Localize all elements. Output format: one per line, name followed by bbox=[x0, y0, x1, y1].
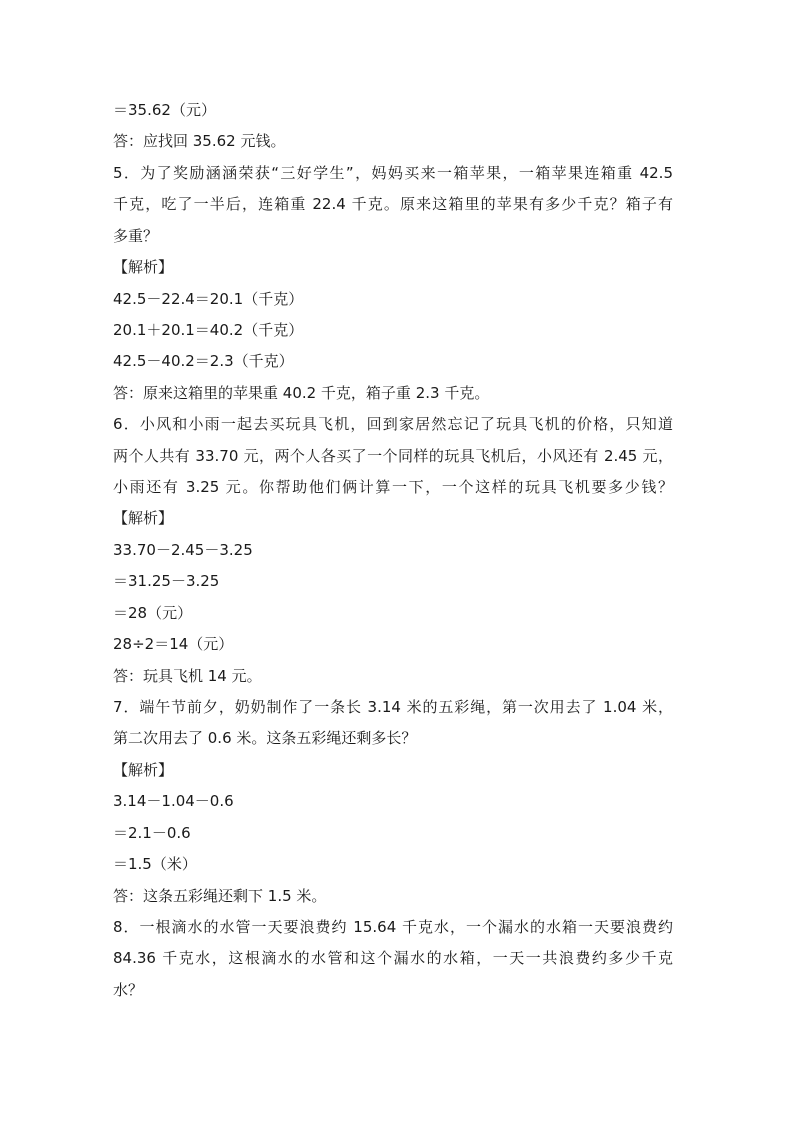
text-line: 6．小风和小雨一起去买玩具飞机，回到家居然忘记了玩具飞机的价格，只知道 bbox=[113, 409, 673, 440]
text-line: 28÷2＝14（元） bbox=[113, 629, 673, 660]
text-line: 84.36 千克水，这根滴水的水管和这个漏水的水箱，一天一共浪费约多少千克 bbox=[113, 943, 673, 974]
document-body: ＝35.62（元）答：应找回 35.62 元钱。5．为了奖励涵涵荣获“三好学生”… bbox=[113, 95, 673, 1006]
text-line: 答：玩具飞机 14 元。 bbox=[113, 661, 673, 692]
text-line: 42.5－22.4＝20.1（千克） bbox=[113, 284, 673, 315]
text-line: 3.14－1.04－0.6 bbox=[113, 786, 673, 817]
text-line: ＝28（元） bbox=[113, 598, 673, 629]
text-line: 小雨还有 3.25 元。你帮助他们俩计算一下，一个这样的玩具飞机要多少钱？ bbox=[113, 472, 673, 503]
text-line: 两个人共有 33.70 元，两个人各买了一个同样的玩具飞机后，小风还有 2.45… bbox=[113, 441, 673, 472]
text-line: 【解析】 bbox=[113, 755, 673, 786]
text-line: 8．一根滴水的水管一天要浪费约 15.64 千克水，一个漏水的水箱一天要浪费约 bbox=[113, 912, 673, 943]
text-line: 【解析】 bbox=[113, 503, 673, 534]
text-line: 多重？ bbox=[113, 221, 673, 252]
text-line: 【解析】 bbox=[113, 252, 673, 283]
text-line: ＝35.62（元） bbox=[113, 95, 673, 126]
worksheet-page: ＝35.62（元）答：应找回 35.62 元钱。5．为了奖励涵涵荣获“三好学生”… bbox=[0, 0, 793, 1122]
text-line: ＝2.1－0.6 bbox=[113, 818, 673, 849]
text-line: 20.1＋20.1＝40.2（千克） bbox=[113, 315, 673, 346]
text-line: ＝31.25－3.25 bbox=[113, 566, 673, 597]
text-line: ＝1.5（米） bbox=[113, 849, 673, 880]
text-line: 千克，吃了一半后，连箱重 22.4 千克。原来这箱里的苹果有多少千克？箱子有 bbox=[113, 189, 673, 220]
text-line: 答：原来这箱里的苹果重 40.2 千克，箱子重 2.3 千克。 bbox=[113, 378, 673, 409]
text-line: 第二次用去了 0.6 米。这条五彩绳还剩多长？ bbox=[113, 723, 673, 754]
text-line: 7．端午节前夕，奶奶制作了一条长 3.14 米的五彩绳，第一次用去了 1.04 … bbox=[113, 692, 673, 723]
text-line: 42.5－40.2＝2.3（千克） bbox=[113, 346, 673, 377]
text-line: 5．为了奖励涵涵荣获“三好学生”，妈妈买来一箱苹果，一箱苹果连箱重 42.5 bbox=[113, 158, 673, 189]
text-line: 33.70－2.45－3.25 bbox=[113, 535, 673, 566]
text-line: 答：应找回 35.62 元钱。 bbox=[113, 126, 673, 157]
text-line: 答：这条五彩绳还剩下 1.5 米。 bbox=[113, 881, 673, 912]
text-line: 水？ bbox=[113, 975, 673, 1006]
